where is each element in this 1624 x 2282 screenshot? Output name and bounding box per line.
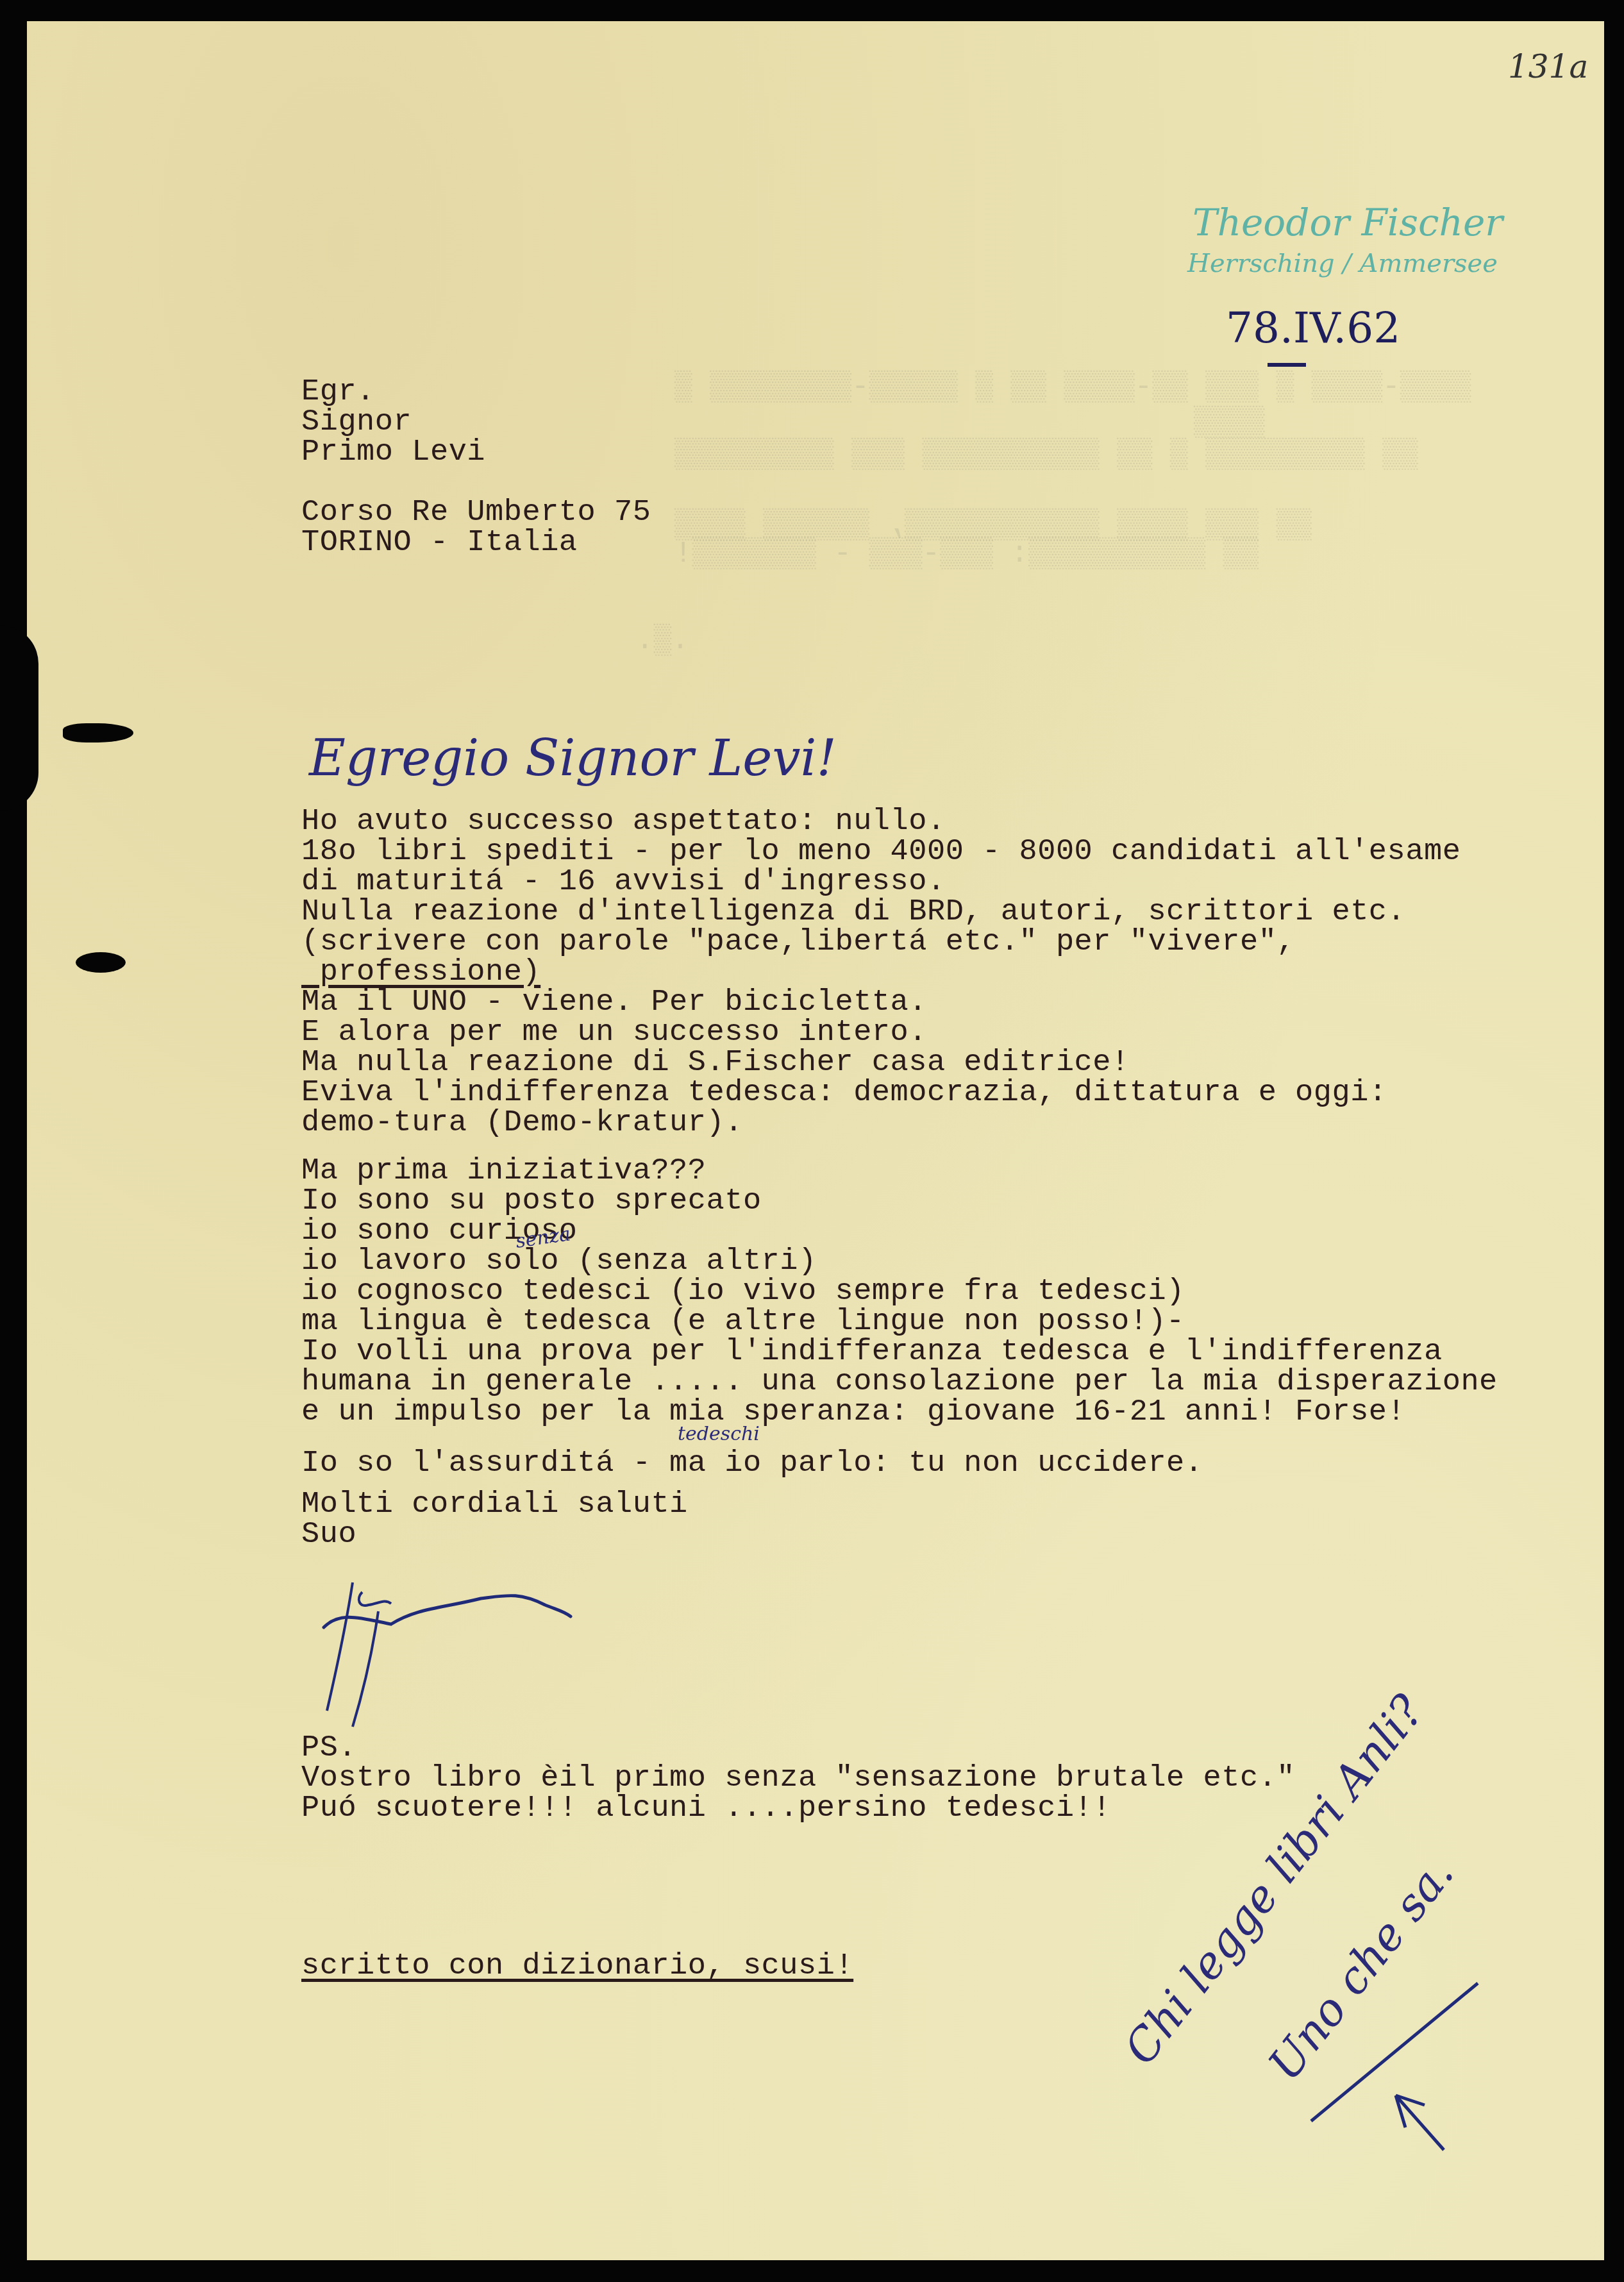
body-line: Nulla reazione d'intelligenza di BRD, au…: [301, 897, 1405, 927]
recipient-street: Corso Re Umberto 75: [301, 498, 651, 528]
recipient-city: TORINO - Italia: [301, 528, 578, 558]
punch-hole-tear: [63, 723, 133, 742]
body-line: E alora per me un successo intero.: [301, 1018, 927, 1048]
body-line-underlined: professione): [301, 957, 540, 987]
body-line: Ma il UNO - viene. Per bicicletta.: [301, 987, 927, 1018]
signature: [314, 1573, 571, 1740]
bleed-through-text: ▒▒▒▒-▒▒▒▒ ▒ ▒▒▒ ▒▒-▒▒▒▒ ▒▒ ▒ ▒▒▒▒▒-▒▒▒▒▒…: [674, 371, 1471, 404]
body-line: (scrivere con parole "pace,libertá etc."…: [301, 927, 1295, 957]
body-line: Io sono su posto sprecato: [301, 1186, 762, 1216]
handwritten-date: 78.IV.62: [1226, 303, 1400, 353]
stamp-place: Herrsching / Ammersee: [1187, 249, 1498, 278]
body-line: e un impulso per la mia speranza: giovan…: [301, 1397, 1405, 1427]
body-line: Ma nulla reazione di S.Fischer casa edit…: [301, 1048, 1130, 1078]
body-line: io cognosco tedesci (io vivo sempre fra …: [301, 1277, 1185, 1307]
interlinear-correction: tedeschi: [678, 1423, 760, 1445]
body-line: Ma prima iniziativa???: [301, 1156, 707, 1186]
body-line: humana in generale ..... una consolazion…: [301, 1367, 1498, 1397]
body-line: 18o libri spediti - per lo meno 4000 - 8…: [301, 837, 1461, 867]
recipient-name: Primo Levi: [301, 437, 485, 467]
bleed-through-text: ▒▒ ▒▒▒▒▒▒▒▒▒ ▒ ▒▒ ▒▒▒▒▒▒▒▒▒▒ ▒▒▒ ▒▒▒▒▒▒▒…: [674, 438, 1418, 471]
closing-line: Molti cordiali saluti: [301, 1489, 688, 1520]
body-line: io lavoro solo (senza altri): [301, 1246, 817, 1277]
recipient-salutation: Egr.: [301, 377, 375, 407]
recipient-title: Signor: [301, 407, 412, 437]
body-line: Ho avuto successo aspettato: nullo.: [301, 807, 946, 837]
torn-edge: [0, 625, 38, 811]
closing-line: Suo: [301, 1520, 356, 1550]
body-line: Eviva l'indifferenza tedesca: democrazia…: [301, 1078, 1387, 1108]
arrow-up-left-icon: [1380, 2089, 1457, 2166]
body-line: Io volli una prova per l'indifferanza te…: [301, 1337, 1443, 1367]
footer-note: scritto con dizionario, scusi!: [301, 1951, 853, 1981]
stamp-name: Theodor Fischer: [1193, 201, 1503, 244]
bleed-through-text: .▒.: [636, 624, 689, 657]
punch-hole: [76, 952, 126, 973]
body-line: demo-tura (Demo-kratur).: [301, 1108, 743, 1138]
postscript-line: Puó scuotere!!! alcuni ....persino tedes…: [301, 1793, 1111, 1824]
folio-number: 131a: [1508, 48, 1588, 85]
postscript-line: Vostro libro èil primo senza "sensazione…: [301, 1763, 1295, 1793]
handwritten-greeting: Egregio Signor Levi!: [309, 730, 837, 787]
body-line: ma lingua è tedesca (e altre lingue non …: [301, 1307, 1185, 1337]
date-underline: [1268, 361, 1312, 369]
bleed-through-text: ▒▒▒▒: [1194, 406, 1264, 439]
postscript-label: PS.: [301, 1733, 356, 1763]
letter-page: ▒▒▒▒-▒▒▒▒ ▒ ▒▒▒ ▒▒-▒▒▒▒ ▒▒ ▒ ▒▒▒▒▒-▒▒▒▒▒…: [27, 21, 1604, 2260]
bleed-through-text: ▒▒ ▒▒▒▒▒▒▒▒▒▒: ▒▒▒-▒▒▒ - ▒▒▒▒▒▒▒!: [674, 537, 1259, 571]
body-line: Io so l'assurditá - ma io parlo: tu non …: [301, 1448, 1203, 1479]
body-line: di maturitá - 16 avvisi d'ingresso.: [301, 867, 946, 897]
